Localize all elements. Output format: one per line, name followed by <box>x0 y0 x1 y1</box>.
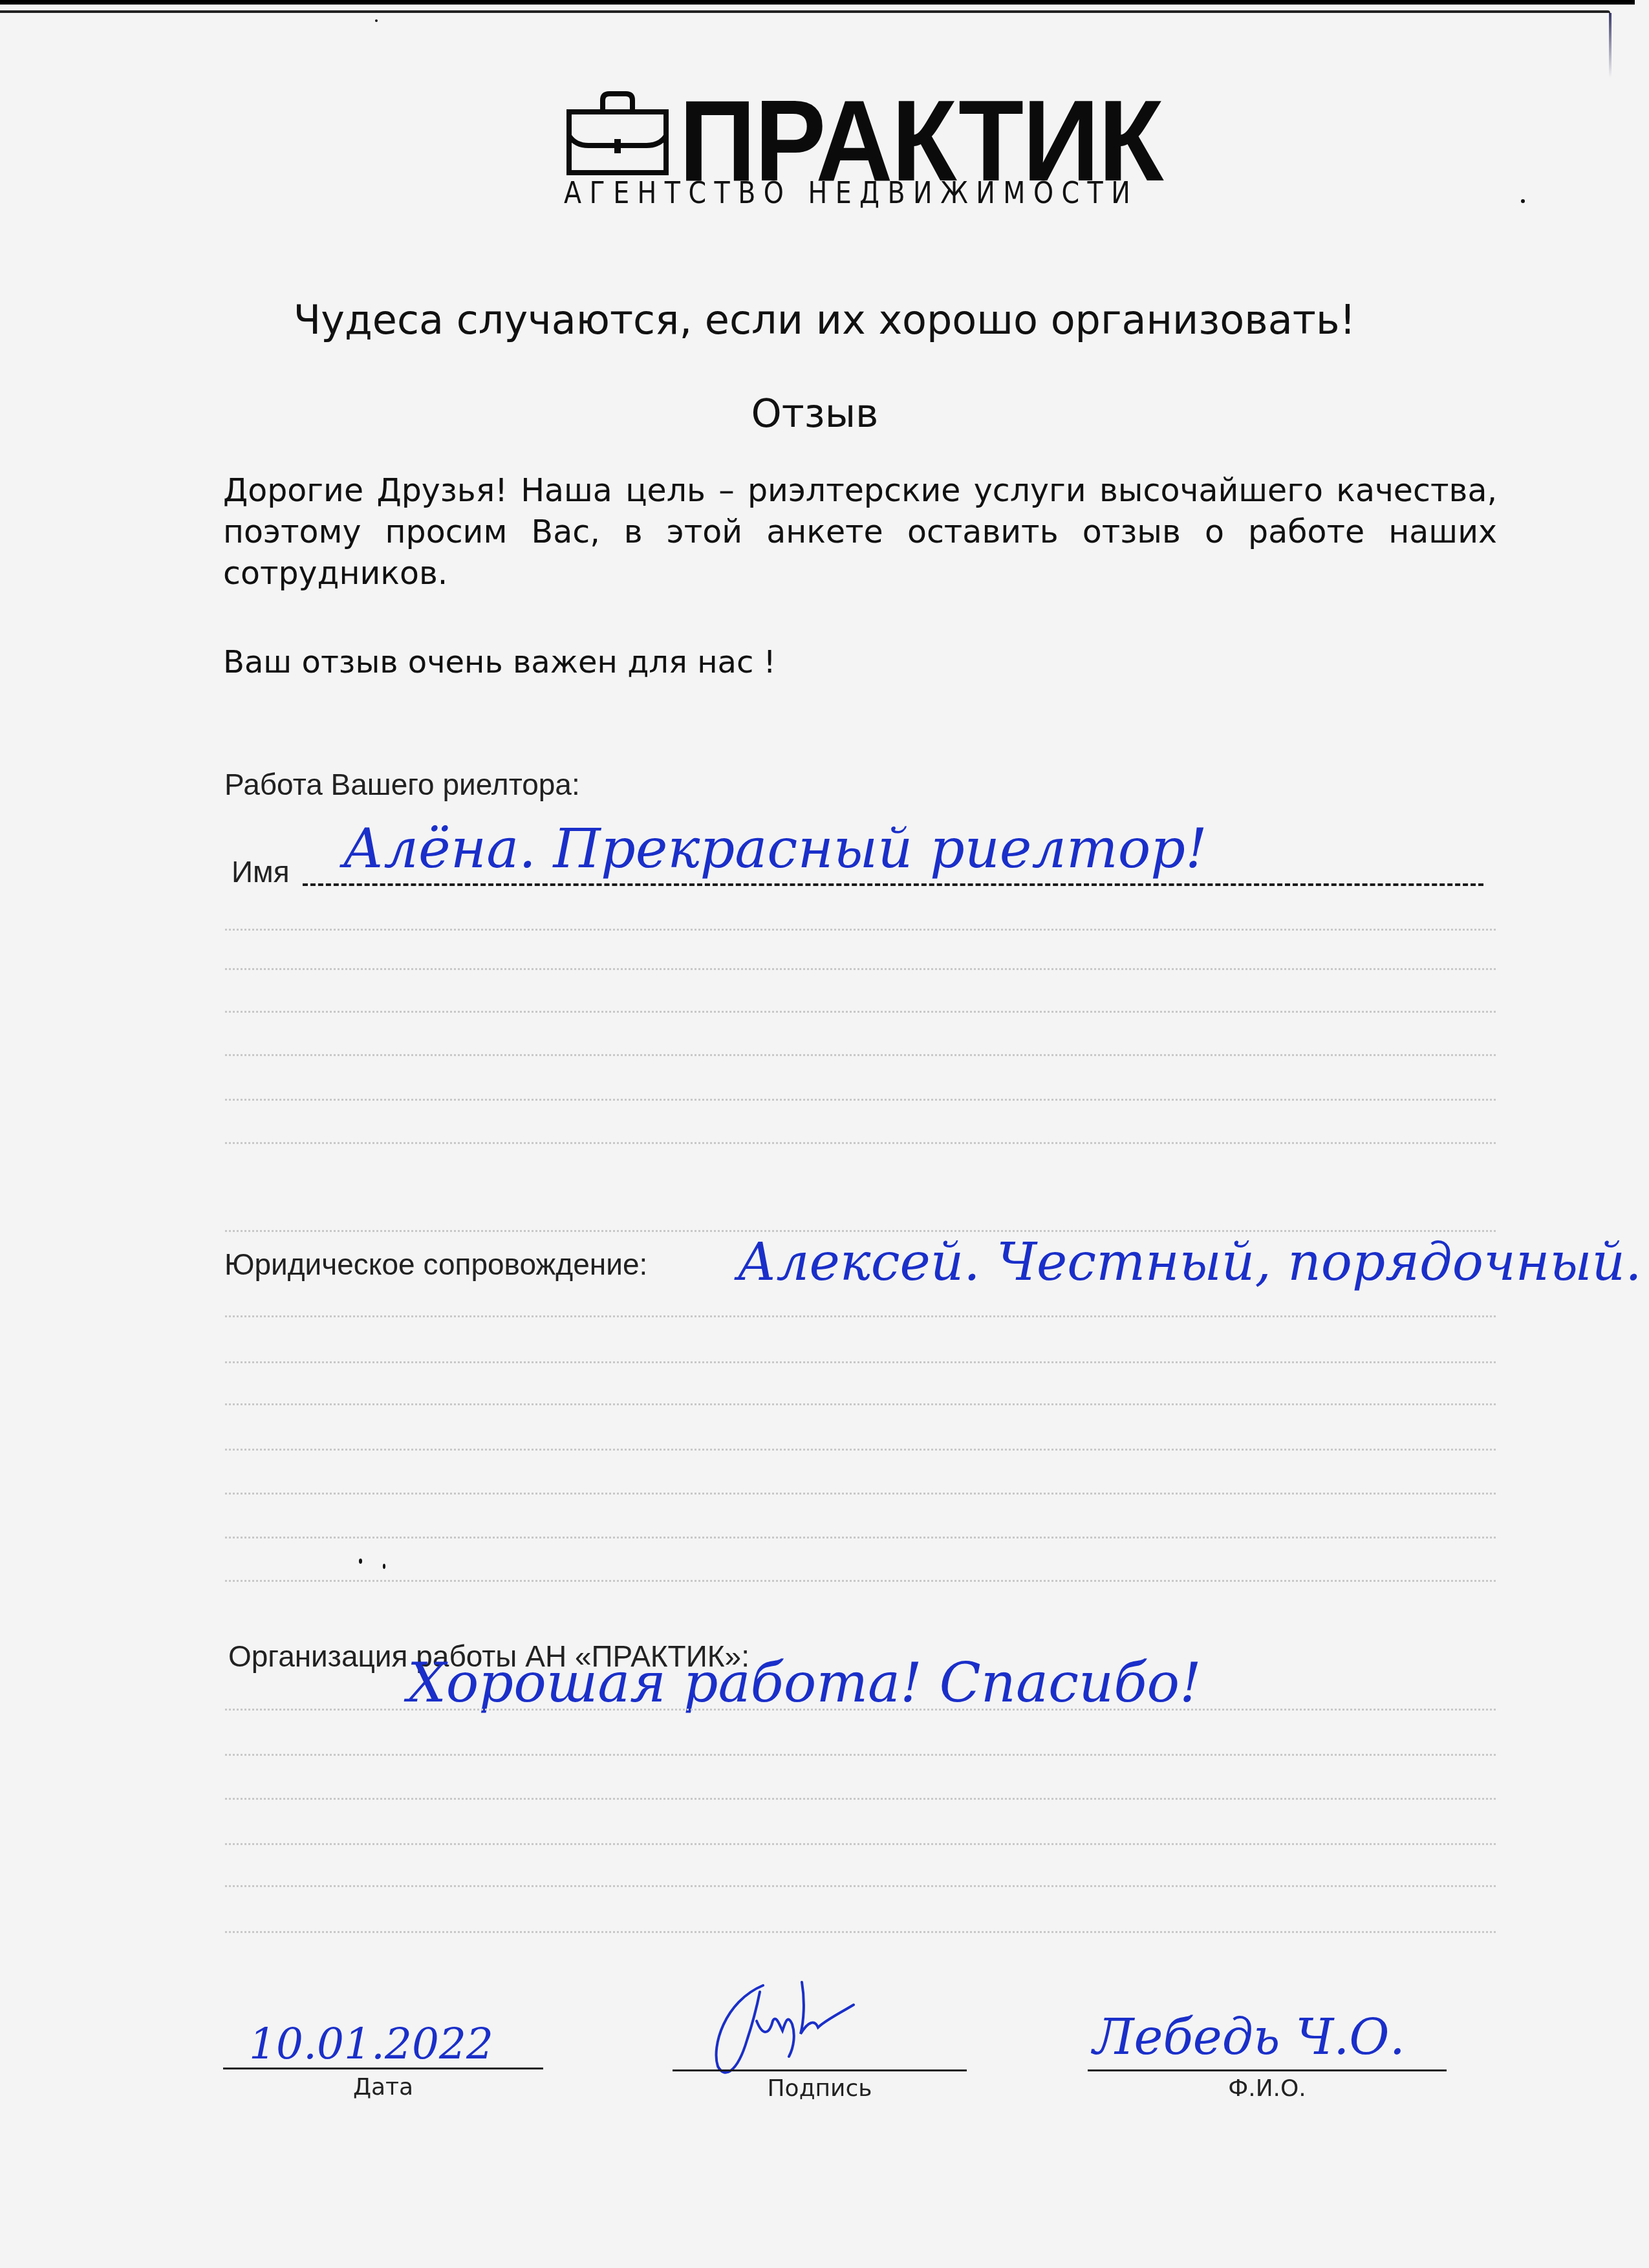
writing-line <box>225 1709 1496 1711</box>
writing-line <box>225 1099 1496 1101</box>
writing-line <box>225 1843 1496 1845</box>
writing-line <box>225 1361 1496 1363</box>
writing-line <box>225 1885 1496 1887</box>
scan-speck <box>1521 199 1525 203</box>
scan-top-edge <box>0 0 1635 5</box>
legal-handwritten-review[interactable]: Алексей. Честный, порядочный. <box>737 1237 1642 1288</box>
important-note: Ваш отзыв очень важен для нас ! <box>223 642 776 683</box>
writing-line <box>225 1403 1496 1405</box>
intro-paragraph: Дорогие Друзья! Наша цель – риэлтерские … <box>223 470 1497 594</box>
scan-speck <box>383 1564 385 1569</box>
scan-speck <box>359 1559 362 1564</box>
name-label: Имя <box>232 852 290 891</box>
fio-label: Ф.И.О. <box>1088 2075 1447 2103</box>
writing-line <box>225 1580 1496 1582</box>
logo-subtitle: АГЕНТСТВО НЕДВИЖИМОСТИ <box>564 177 1138 209</box>
scan-speck <box>375 19 378 22</box>
handwritten-signature[interactable] <box>685 1976 957 2079</box>
scan-page-edge-corner <box>1609 13 1611 78</box>
signature-label: Подпись <box>673 2075 967 2103</box>
slogan: Чудеса случаются, если их хорошо организ… <box>0 294 1649 346</box>
legal-section-heading: Юридическое сопровождение: <box>224 1245 647 1284</box>
writing-line <box>225 1011 1496 1013</box>
name-field-line <box>303 883 1483 886</box>
company-logo: ПРАКТИК АГЕНТСТВО НЕДВИЖИМОСТИ <box>563 81 1164 210</box>
realtor-section-heading: Работа Вашего риелтора: <box>224 765 580 804</box>
page-title: Отзыв <box>718 388 912 440</box>
organization-handwritten-review[interactable]: Хорошая работа! Спасибо! <box>407 1656 1202 1710</box>
writing-line <box>225 929 1496 931</box>
signature-line <box>673 2069 967 2071</box>
briefcase-icon <box>563 81 673 178</box>
writing-line <box>225 1754 1496 1756</box>
scan-page-edge <box>0 10 1610 13</box>
writing-line <box>225 1931 1496 1933</box>
writing-line <box>225 1537 1496 1539</box>
writing-line <box>225 1798 1496 1800</box>
fio-handwritten[interactable]: Лебедь Ч.О. <box>1093 2013 1405 2062</box>
date-label: Дата <box>223 2073 543 2102</box>
date-handwritten[interactable]: 10.01.2022 <box>249 2023 493 2066</box>
writing-line <box>225 968 1496 970</box>
writing-line <box>225 1493 1496 1495</box>
fio-line <box>1088 2069 1447 2071</box>
realtor-handwritten-review[interactable]: Алёна. Прекрасный риелтор! <box>343 821 1207 876</box>
writing-line <box>225 1142 1496 1144</box>
writing-line <box>225 1449 1496 1451</box>
writing-line <box>225 1315 1496 1317</box>
date-line <box>223 2068 543 2069</box>
writing-line <box>225 1054 1496 1056</box>
